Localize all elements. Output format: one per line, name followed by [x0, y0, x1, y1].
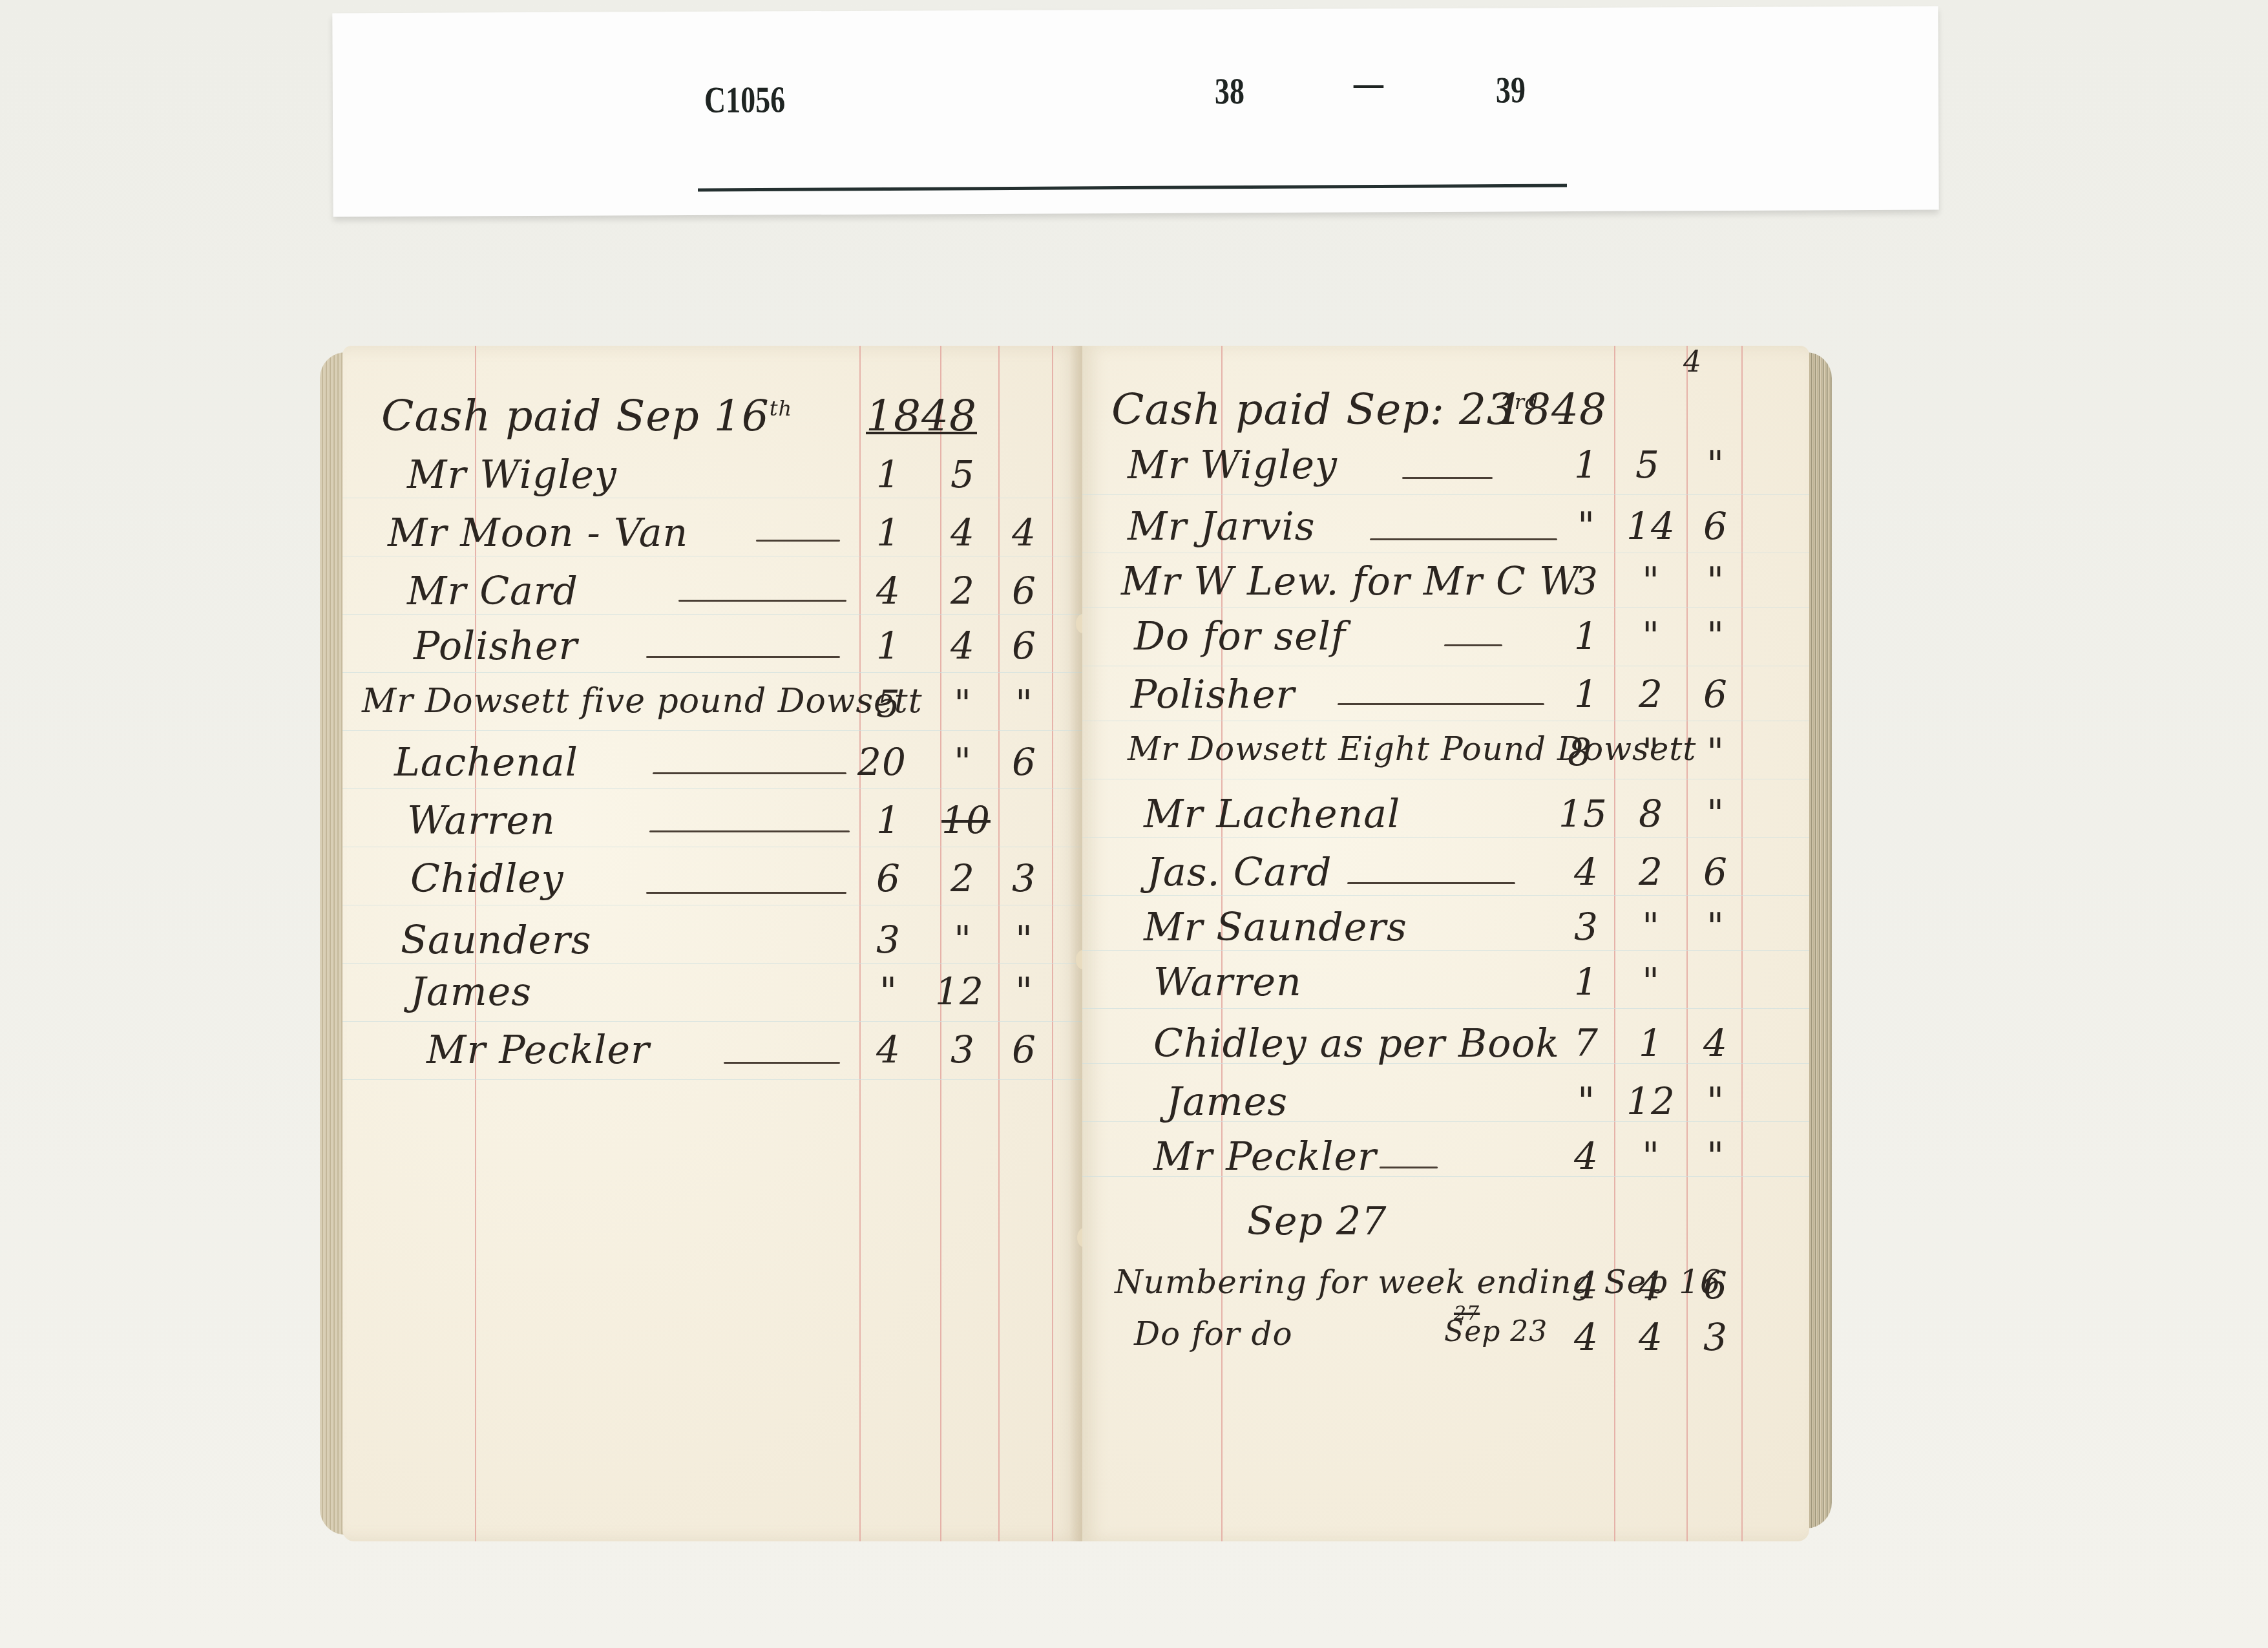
- leader-dash: [1370, 538, 1557, 540]
- payee-name: Mr Saunders: [1144, 905, 1407, 950]
- pence-value: ": [1686, 905, 1745, 949]
- pence-value: 6: [1686, 672, 1745, 716]
- shillings-value: 1: [1622, 1021, 1680, 1065]
- payee-name: Mr Card: [407, 569, 578, 614]
- pounds-value: 4: [1557, 850, 1615, 894]
- archive-label-strip: C1056 38 — 39: [332, 6, 1938, 217]
- page-range-separator: —: [1354, 61, 1383, 104]
- ruled-line: [1082, 494, 1809, 495]
- pounds-value: 1: [1557, 614, 1615, 658]
- pence-value: 4: [1686, 1021, 1745, 1065]
- ledger-page-left: Cash paid Sep 16th 1848 Mr Wigley 1 5 Mr…: [342, 346, 1082, 1541]
- ruled-line: [342, 1079, 1082, 1080]
- pence-value: 6: [995, 1028, 1053, 1072]
- ruled-line: [342, 672, 1082, 673]
- shillings-value: ": [1622, 960, 1680, 1004]
- heading-title: Cash paid Sep: 23: [1111, 385, 1515, 434]
- pounds-value: 3: [1557, 559, 1615, 603]
- shillings-value: 3: [934, 1028, 992, 1072]
- shillings-value: ": [1622, 905, 1680, 949]
- pounds-value: 1: [859, 624, 918, 668]
- pence-value: ": [995, 682, 1053, 726]
- payee-name: Mr Wigley: [407, 452, 617, 498]
- shillings-value: 4: [934, 624, 992, 668]
- leader-dash: [646, 892, 846, 894]
- shillings-value: 14: [1622, 504, 1680, 548]
- shillings-value: 2: [934, 569, 992, 613]
- payee-name: Mr W Lew. for Mr C W: [1121, 559, 1580, 604]
- payee-name: James: [410, 969, 532, 1015]
- payee-name: Do for do: [1134, 1315, 1293, 1353]
- shillings-value: 12: [1622, 1079, 1680, 1123]
- pounds-value: 1: [859, 798, 918, 842]
- pounds-value: ": [1557, 1079, 1615, 1123]
- pence-value: ": [1686, 792, 1745, 836]
- ruled-line: [342, 963, 1082, 964]
- pounds-value: 8: [1551, 730, 1609, 774]
- shillings-value: ": [934, 740, 992, 784]
- ruled-line: [1082, 837, 1809, 838]
- pounds-value: 1: [859, 452, 918, 496]
- payee-name: Chidley: [410, 856, 564, 902]
- ruled-line: [1082, 607, 1809, 608]
- ruled-line: [342, 498, 1082, 498]
- pounds-value: 1: [1557, 960, 1615, 1004]
- ruled-line: [1082, 721, 1809, 721]
- shillings-value: 2: [1622, 672, 1680, 716]
- pounds-value: 6: [859, 856, 918, 900]
- pence-value: ": [1686, 614, 1745, 658]
- payee-name: Mr Peckler: [1153, 1134, 1377, 1179]
- pence-value: 6: [995, 740, 1053, 784]
- ruled-line: [342, 788, 1082, 789]
- pence-value: ": [1686, 1134, 1745, 1178]
- ruled-line: [342, 1021, 1082, 1022]
- ruled-line: [1082, 779, 1809, 779]
- ruled-line: [342, 905, 1082, 905]
- payee-name: Mr Peckler: [426, 1028, 650, 1073]
- page-from: 38: [1215, 70, 1244, 112]
- pounds-value: 4: [859, 1028, 918, 1072]
- payee-name: Saunders: [401, 918, 592, 963]
- pounds-value: 7: [1557, 1021, 1615, 1065]
- heading-year: 1848: [866, 391, 977, 441]
- ruled-line: [1082, 895, 1809, 896]
- shillings-value: ": [1622, 1134, 1680, 1178]
- payee-name: Mr Dowsett Eight Pound Dowsett: [1128, 730, 1696, 768]
- pence-value: 6: [1686, 1263, 1745, 1307]
- pounds-value: 5: [859, 682, 918, 726]
- payee-name: Jas. Card: [1147, 850, 1332, 895]
- shillings-value: ": [1622, 614, 1680, 658]
- payee-name: Warren: [407, 798, 556, 843]
- heading-title: Cash paid Sep 16: [381, 391, 770, 441]
- pence-value: ": [995, 969, 1053, 1013]
- ruled-line: [1082, 553, 1809, 553]
- pounds-value: 1: [1557, 672, 1615, 716]
- payee-name: Mr Lachenal: [1144, 792, 1400, 837]
- pounds-value: 4: [859, 569, 918, 613]
- pounds-value: ": [1557, 504, 1615, 548]
- pounds-value: 3: [859, 918, 918, 962]
- shillings-value: 8: [1622, 792, 1680, 836]
- shillings-value: ": [934, 918, 992, 962]
- ruled-line: [342, 556, 1082, 556]
- payee-name: Mr Wigley: [1128, 443, 1338, 488]
- pence-value: 3: [1686, 1315, 1745, 1359]
- ruled-line: [342, 730, 1082, 731]
- payee-name: Lachenal: [394, 740, 578, 785]
- pounds-value: 15: [1554, 792, 1612, 836]
- ruled-line: [342, 847, 1082, 847]
- shillings-value: 5: [934, 452, 992, 496]
- shillings-value: ": [934, 682, 992, 726]
- pence-value: 6: [1686, 504, 1745, 548]
- pence-value: 6: [1686, 850, 1745, 894]
- leader-dash: [1402, 477, 1493, 479]
- leader-dash: [649, 830, 850, 832]
- page-heading: Cash paid Sep: 23rd: [1111, 385, 1539, 434]
- payee-name: Do for self: [1134, 614, 1346, 659]
- shillings-value: 2: [934, 856, 992, 900]
- leader-dash: [1380, 1167, 1438, 1168]
- payee-name: Mr Jarvis: [1128, 504, 1316, 549]
- pounds-value: 1: [859, 511, 918, 555]
- pounds-value: 20: [853, 740, 911, 784]
- payee-name: James: [1166, 1079, 1288, 1125]
- payee-name: Chidley as per Book: [1153, 1021, 1560, 1066]
- shillings-value: 4: [1622, 1315, 1680, 1359]
- shillings-value: ": [1622, 730, 1680, 774]
- payee-name: Warren: [1153, 960, 1302, 1005]
- pence-value: ": [1686, 730, 1745, 774]
- leader-dash: [646, 656, 840, 658]
- pence-value: 6: [995, 569, 1053, 613]
- pence-value: ": [1686, 443, 1745, 487]
- leader-dash: [678, 600, 846, 602]
- shillings-value: 12: [930, 969, 989, 1013]
- pounds-value: 3: [1557, 905, 1615, 949]
- date-subheading: Sep 27: [1247, 1199, 1387, 1244]
- leader-dash: [724, 1062, 840, 1064]
- pence-value: 3: [995, 856, 1053, 900]
- page-to: 39: [1496, 69, 1526, 111]
- shillings-value: 5: [1619, 443, 1677, 487]
- shillings-value: 2: [1622, 850, 1680, 894]
- pence-value: ": [1686, 1079, 1745, 1123]
- shillings-value: ": [1622, 559, 1680, 603]
- payee-name: Polisher: [1131, 672, 1295, 717]
- shillings-value: 4: [1622, 1263, 1680, 1307]
- shillings-value: 4: [934, 511, 992, 555]
- pence-value: 4: [995, 511, 1053, 555]
- payee-name: Polisher: [414, 624, 578, 669]
- pounds-value: 4: [1557, 1315, 1615, 1359]
- pounds-value: 1: [1557, 443, 1615, 487]
- leader-dash: [1338, 703, 1544, 705]
- pence-value: 6: [995, 624, 1053, 668]
- shillings-value-struck: 10: [937, 798, 995, 842]
- leader-dash: [1444, 644, 1502, 646]
- reference-number: C1056: [704, 78, 786, 121]
- pence-value: ": [1686, 559, 1745, 603]
- heading-ordinal: th: [770, 396, 792, 421]
- ledger-page-right: Cash paid Sep: 23rd 1848 4 Mr Wigley 1 5…: [1082, 346, 1809, 1541]
- pence-value: ": [995, 918, 1053, 962]
- payee-name: Mr Moon - Van: [388, 511, 688, 556]
- ruled-line: [1082, 950, 1809, 951]
- leader-dash: [756, 540, 840, 542]
- pounds-value: 4: [1557, 1134, 1615, 1178]
- leader-dash: [653, 772, 846, 774]
- pounds-value: 4: [1557, 1263, 1615, 1307]
- payee-name: Mr Dowsett five pound Dowsett: [362, 682, 923, 721]
- ruled-line: [1082, 1008, 1809, 1009]
- ruled-line: [342, 614, 1082, 615]
- page-heading: Cash paid Sep 16th: [381, 391, 792, 441]
- corner-mark: 4: [1683, 346, 1702, 379]
- leader-dash: [1347, 882, 1515, 884]
- date-note: Sep 23: [1444, 1315, 1548, 1348]
- heading-year: 1848: [1496, 385, 1607, 434]
- ruled-line: [1082, 666, 1809, 666]
- pounds-value: ": [859, 969, 918, 1013]
- ledger-book: Cash paid Sep 16th 1848 Mr Wigley 1 5 Mr…: [320, 346, 1832, 1541]
